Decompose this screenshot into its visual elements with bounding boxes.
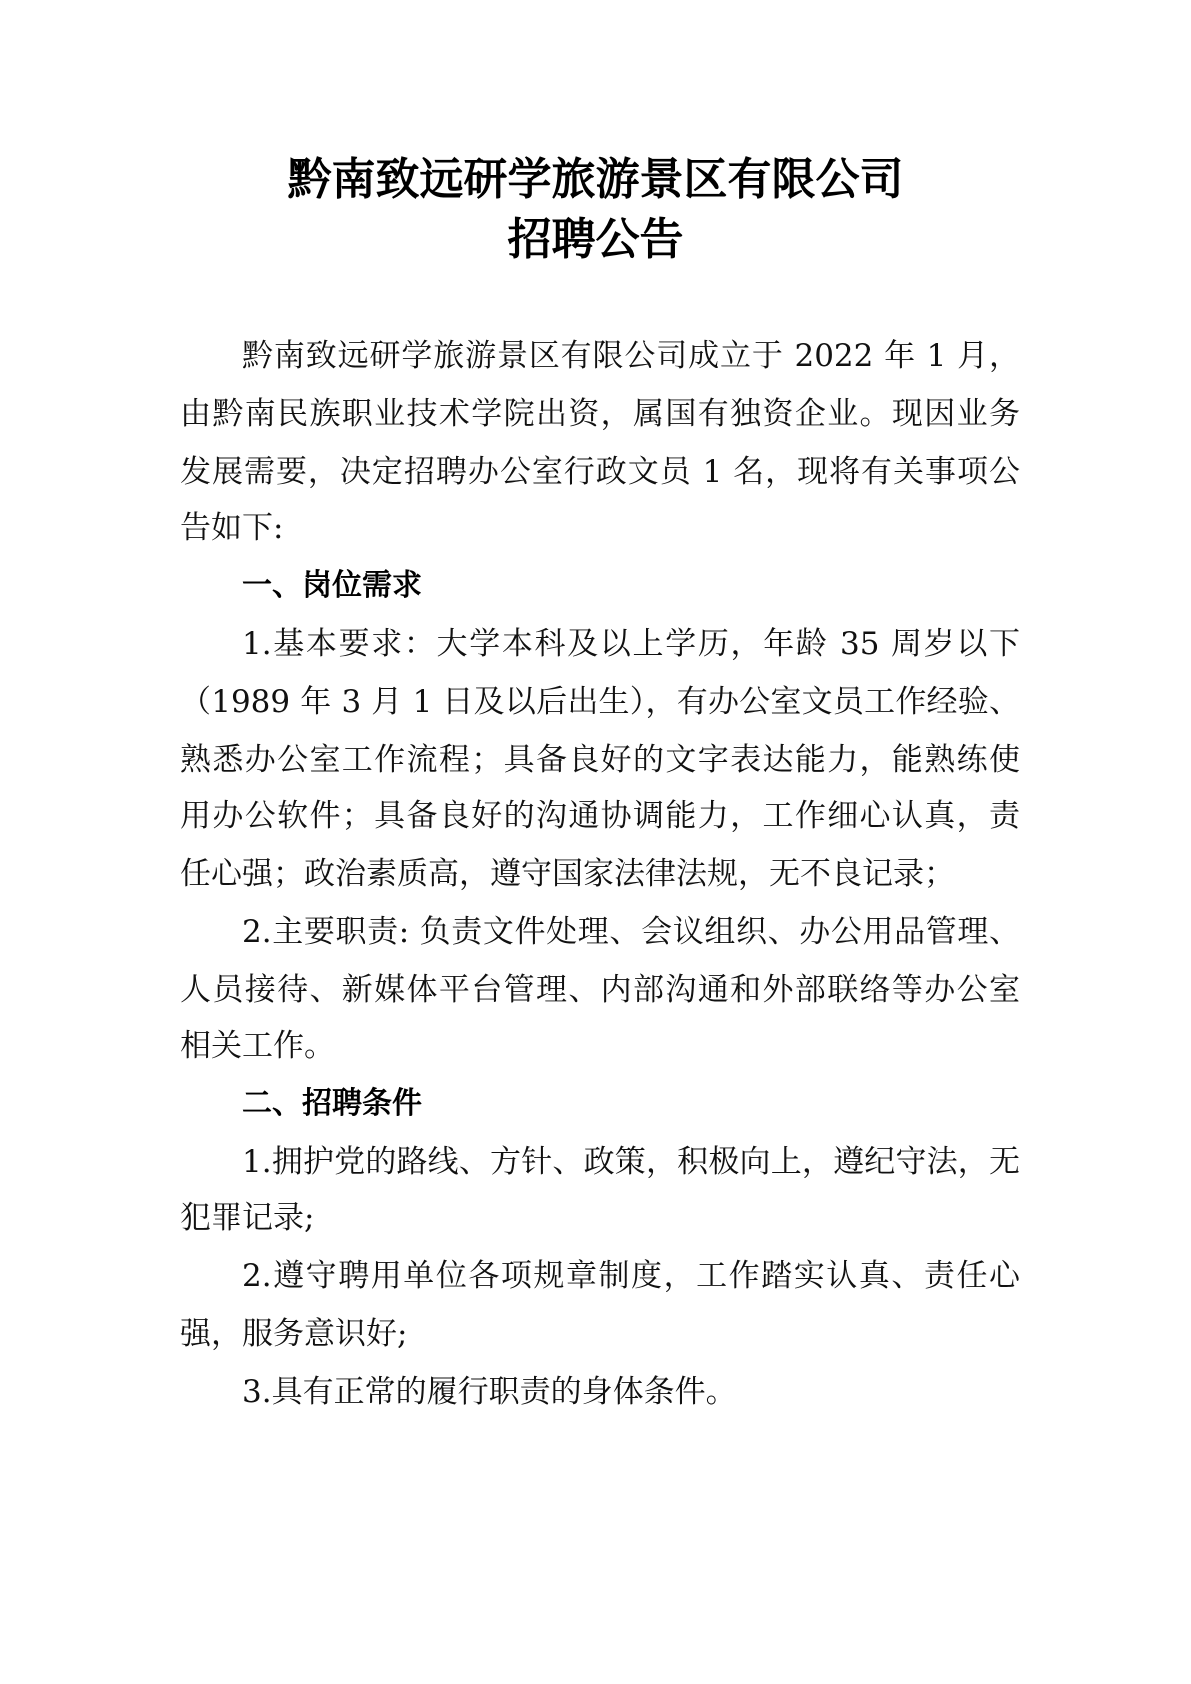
section-heading-job-requirements: 一、岗位需求 (242, 566, 422, 606)
paragraph-line: （1989 年 3 月 1 日及以后出生），有办公室文员工作经验、 (180, 682, 1020, 722)
paragraph-line: 2.遵守聘用单位各项规章制度，工作踏实认真、责任心 (242, 1256, 1020, 1296)
paragraph-line: 3.具有正常的履行职责的身体条件。 (242, 1372, 1020, 1412)
paragraph-line: 用办公软件；具备良好的沟通协调能力，工作细心认真，责 (180, 796, 1020, 836)
paragraph-line: 任心强；政治素质高，遵守国家法律法规，无不良记录； (180, 854, 1020, 894)
section-heading-recruitment-conditions: 二、招聘条件 (242, 1084, 422, 1124)
paragraph-line: 熟悉办公室工作流程；具备良好的文字表达能力，能熟练使 (180, 740, 1020, 780)
document-title-line-1: 黔南致远研学旅游景区有限公司 (0, 152, 1191, 208)
paragraph-line: 1.拥护党的路线、方针、政策，积极向上，遵纪守法，无 (242, 1142, 1020, 1182)
intro-line: 告如下: (180, 508, 1020, 548)
intro-line: 由黔南民族职业技术学院出资，属国有独资企业。现因业务 (180, 394, 1020, 434)
paragraph-line: 1.基本要求：大学本科及以上学历，年龄 35 周岁以下 (242, 624, 1020, 664)
paragraph-line: 人员接待、新媒体平台管理、内部沟通和外部联络等办公室 (180, 970, 1020, 1010)
intro-line: 发展需要，决定招聘办公室行政文员 1 名，现将有关事项公 (180, 452, 1020, 492)
document-title-line-2: 招聘公告 (0, 212, 1191, 268)
intro-line: 黔南致远研学旅游景区有限公司成立于 2022 年 1 月， (242, 336, 1020, 376)
paragraph-line: 强，服务意识好; (180, 1314, 1020, 1354)
document-page: 黔南致远研学旅游景区有限公司 招聘公告 黔南致远研学旅游景区有限公司成立于 20… (0, 0, 1191, 1684)
paragraph-line: 犯罪记录; (180, 1198, 1020, 1238)
paragraph-line: 相关工作。 (180, 1026, 1020, 1066)
paragraph-line: 2.主要职责: 负责文件处理、会议组织、办公用品管理、 (242, 912, 1020, 952)
